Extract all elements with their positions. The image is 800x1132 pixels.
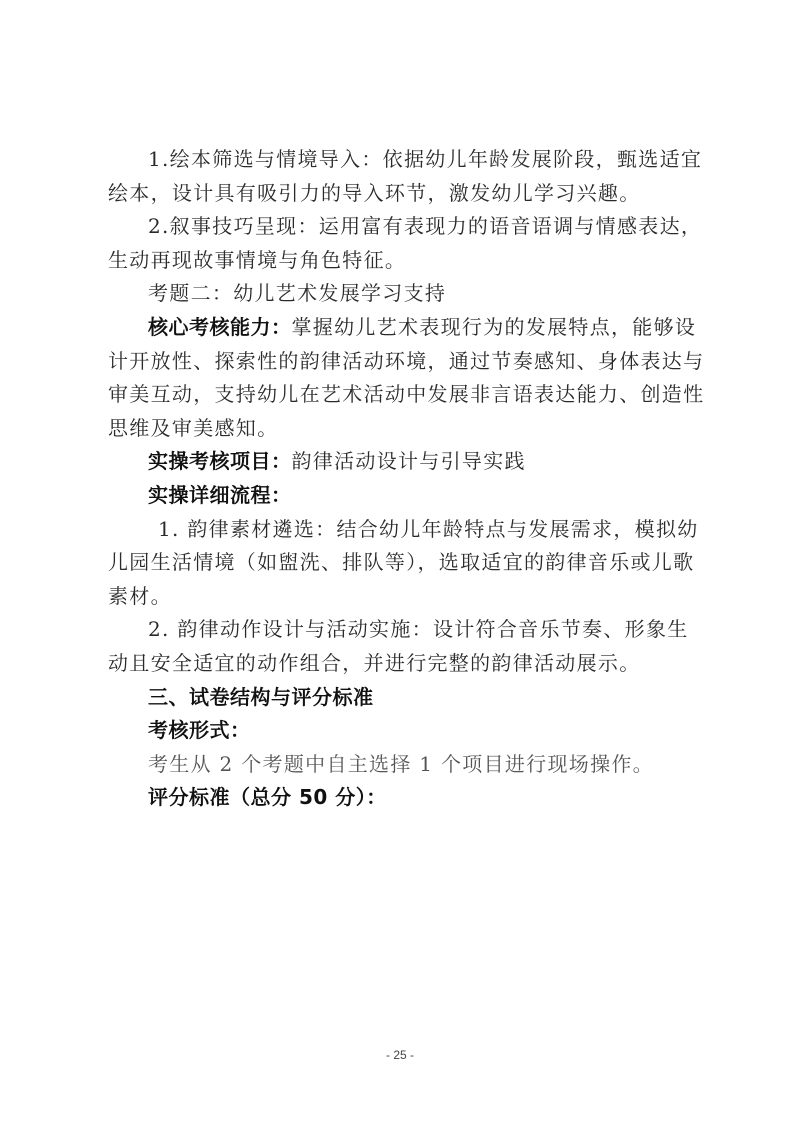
paragraph-line: 1.绘本筛选与情境导入：依据幼儿年龄发展阶段，甄选适宜 — [108, 143, 700, 177]
paragraph-line: 儿园生活情境（如盥洗、排队等），选取适宜的韵律音乐或儿歌 — [108, 546, 700, 580]
flow-label: 实操详细流程： — [108, 479, 700, 513]
paragraph-line: 审美互动，支持幼儿在艺术活动中发展非言语表达能力、创造性 — [108, 378, 700, 412]
paragraph-line: 绘本，设计具有吸引力的导入环节，激发幼儿学习兴趣。 — [108, 177, 700, 211]
paragraph-line: 生动再现故事情境与角色特征。 — [108, 244, 700, 278]
form-value: 考生从 2 个考题中自主选择 1 个项目进行现场操作。 — [108, 748, 700, 782]
paragraph-line: 素材。 — [108, 580, 700, 614]
core-ability-label: 核心考核能力： — [148, 315, 292, 339]
form-label: 考核形式： — [108, 714, 700, 748]
project-label: 实操考核项目： — [148, 449, 292, 473]
project-value: 韵律活动设计与引导实践 — [292, 449, 526, 473]
paragraph-line: 2. 韵律动作设计与活动实施：设计符合音乐节奏、形象生 — [108, 613, 700, 647]
section-heading: 三、试卷结构与评分标准 — [108, 681, 700, 715]
paragraph-line: 动且安全适宜的动作组合，并进行完整的韵律活动展示。 — [108, 647, 700, 681]
page-number: - 25 - — [0, 1048, 800, 1062]
topic-heading: 考题二：幼儿艺术发展学习支持 — [108, 277, 700, 311]
document-page: 1.绘本筛选与情境导入：依据幼儿年龄发展阶段，甄选适宜 绘本，设计具有吸引力的导… — [108, 143, 700, 815]
paragraph-line: 计开放性、探索性的韵律活动环境，通过节奏感知、身体表达与 — [108, 345, 700, 379]
core-ability-line: 核心考核能力：掌握幼儿艺术表现行为的发展特点，能够设 — [108, 311, 700, 345]
project-line: 实操考核项目：韵律活动设计与引导实践 — [108, 445, 700, 479]
paragraph-line: 2.叙事技巧呈现：运用富有表现力的语音语调与情感表达， — [108, 210, 700, 244]
core-ability-text: 掌握幼儿艺术表现行为的发展特点，能够设 — [292, 315, 697, 339]
score-label: 评分标准（总分 50 分）： — [108, 781, 700, 815]
paragraph-line: 1. 韵律素材遴选：结合幼儿年龄特点与发展需求，模拟幼 — [108, 513, 700, 547]
paragraph-line: 思维及审美感知。 — [108, 412, 700, 446]
